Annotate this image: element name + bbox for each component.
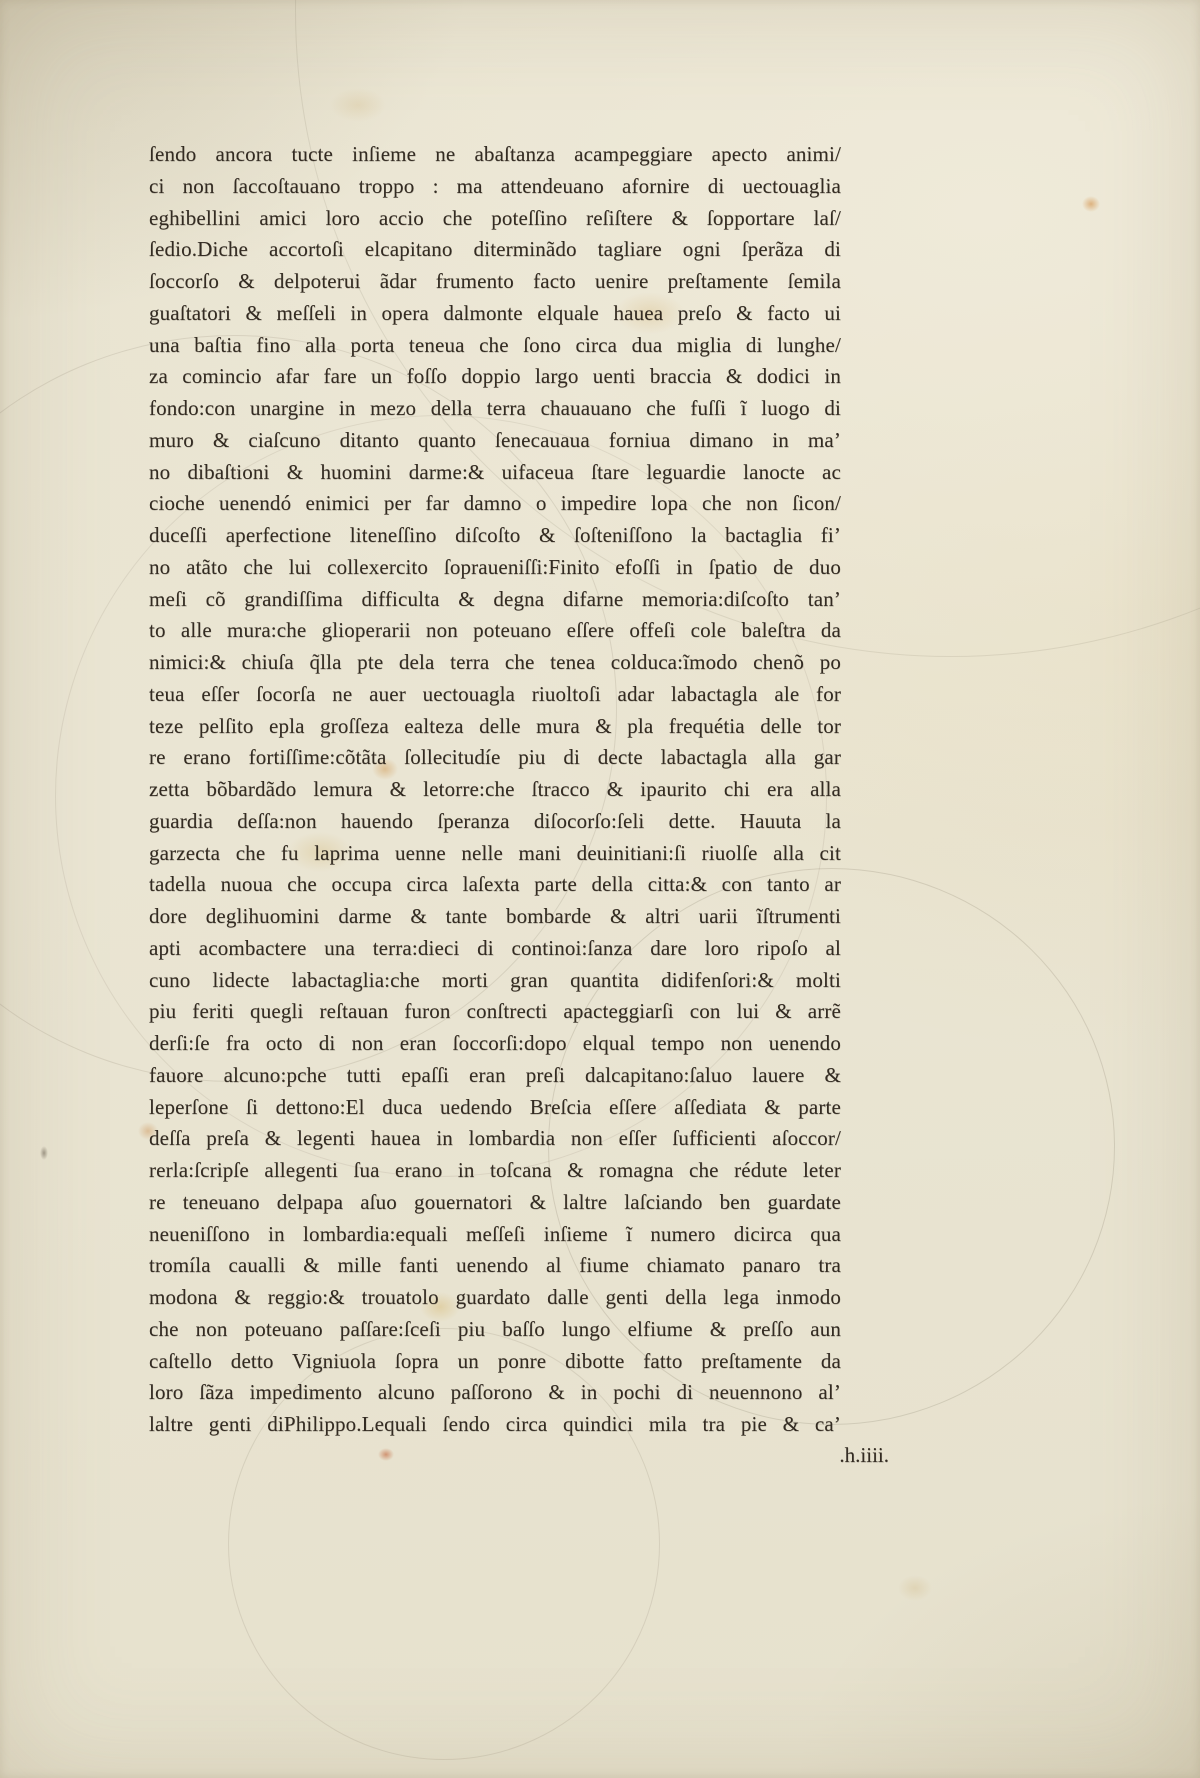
text-line: to alle mura:che glioperarii non poteuan…: [149, 615, 841, 647]
quire-signature-mark: .h.iiii.: [149, 1440, 889, 1471]
text-line: ſendo ancora tucte inſieme ne abaſtanza …: [149, 139, 841, 171]
text-line: che non poteuano paſſare:ſceſi piu baſſo…: [149, 1314, 841, 1346]
text-line: ci non ſaccoſtauano troppo : ma attendeu…: [149, 171, 841, 203]
foxing-stain: [330, 88, 386, 122]
text-line: una baſtia fino alla porta teneua che ſo…: [149, 330, 841, 362]
text-line: re teneuano delpapa aſuo gouernatori & l…: [149, 1187, 841, 1219]
text-line: neueniſſono in lombardia:equali meſſeſi …: [149, 1219, 841, 1251]
foxing-stain: [1082, 196, 1100, 212]
text-line: dore deglihuomini darme & tante bombarde…: [149, 901, 841, 933]
text-line: apti acombactere una terra:dieci di cont…: [149, 933, 841, 965]
text-line: meſi cõ grandiſſima difficulta & degna d…: [149, 584, 841, 616]
text-line: cuno lidecte labactaglia:che morti gran …: [149, 965, 841, 997]
text-line: derſi:ſe fra octo di non eran ſoccorſi:d…: [149, 1028, 841, 1060]
text-line: guardia deſſa:non hauendo ſperanza diſoc…: [149, 806, 841, 838]
text-column: ſendo ancora tucte inſieme ne abaſtanza …: [149, 139, 841, 1441]
text-line: nimici:& chiuſa q̃lla pte dela terra che…: [149, 647, 841, 679]
text-line: no atãto che lui collexercito ſopraueniſ…: [149, 552, 841, 584]
text-line: garzecta che fu laprima uenne nelle mani…: [149, 838, 841, 870]
text-line: fauore alcuno:pche tutti epaſſi eran pre…: [149, 1060, 841, 1092]
scanned-book-page: ſendo ancora tucte inſieme ne abaſtanza …: [0, 0, 1200, 1778]
text-line: teua eſſer ſocorſa ne auer uectouagla ri…: [149, 679, 841, 711]
text-line: zetta bõbardãdo lemura & letorre:che ſtr…: [149, 774, 841, 806]
text-line: guaſtatori & meſſeli in opera dalmonte e…: [149, 298, 841, 330]
foxing-stain: [898, 1575, 932, 1601]
text-line: cioche uenendó enimici per far damno o i…: [149, 488, 841, 520]
text-line: tadella nuoua che occupa circa laſexta p…: [149, 869, 841, 901]
text-line: deſſa preſa & legenti hauea in lombardia…: [149, 1123, 841, 1155]
text-line: rerla:ſcripſe allegenti ſua erano in toſ…: [149, 1155, 841, 1187]
text-line: ſoccorſo & delpoterui ãdar frumento fact…: [149, 266, 841, 298]
text-line: leperſone ſi dettono:El duca uedendo Bre…: [149, 1092, 841, 1124]
text-line: teze pelſito epla groſſeza ealteza delle…: [149, 711, 841, 743]
ink-speck: [40, 1146, 48, 1160]
text-line: duceſſi aperfectione liteneſſino diſcoſt…: [149, 520, 841, 552]
text-line: piu feriti quegli reſtauan furon conſtre…: [149, 996, 841, 1028]
text-line: re erano fortiſſime:cõtãta ſollecitudíe …: [149, 742, 841, 774]
text-line: za comincio afar fare un foſſo doppio la…: [149, 361, 841, 393]
text-line: fondo:con unargine in mezo della terra c…: [149, 393, 841, 425]
text-line: laltre genti diPhilippo.Lequali ſendo ci…: [149, 1409, 841, 1441]
text-line: caſtello detto Vigniuola ſopra un ponre …: [149, 1346, 841, 1378]
text-line: loro ſãza impedimento alcuno paſſorono &…: [149, 1377, 841, 1409]
text-line: tromíla caualli & mille fanti uenendo al…: [149, 1250, 841, 1282]
text-line: ſedio.Diche accortoſi elcapitano ditermi…: [149, 234, 841, 266]
text-line: no dibaſtioni & huomini darme:& uifaceua…: [149, 457, 841, 489]
text-line: modona & reggio:& trouatolo guardato dal…: [149, 1282, 841, 1314]
text-line: eghibellini amici loro accio che poteſſi…: [149, 203, 841, 235]
text-line: muro & ciaſcuno ditanto quanto ſenecauau…: [149, 425, 841, 457]
